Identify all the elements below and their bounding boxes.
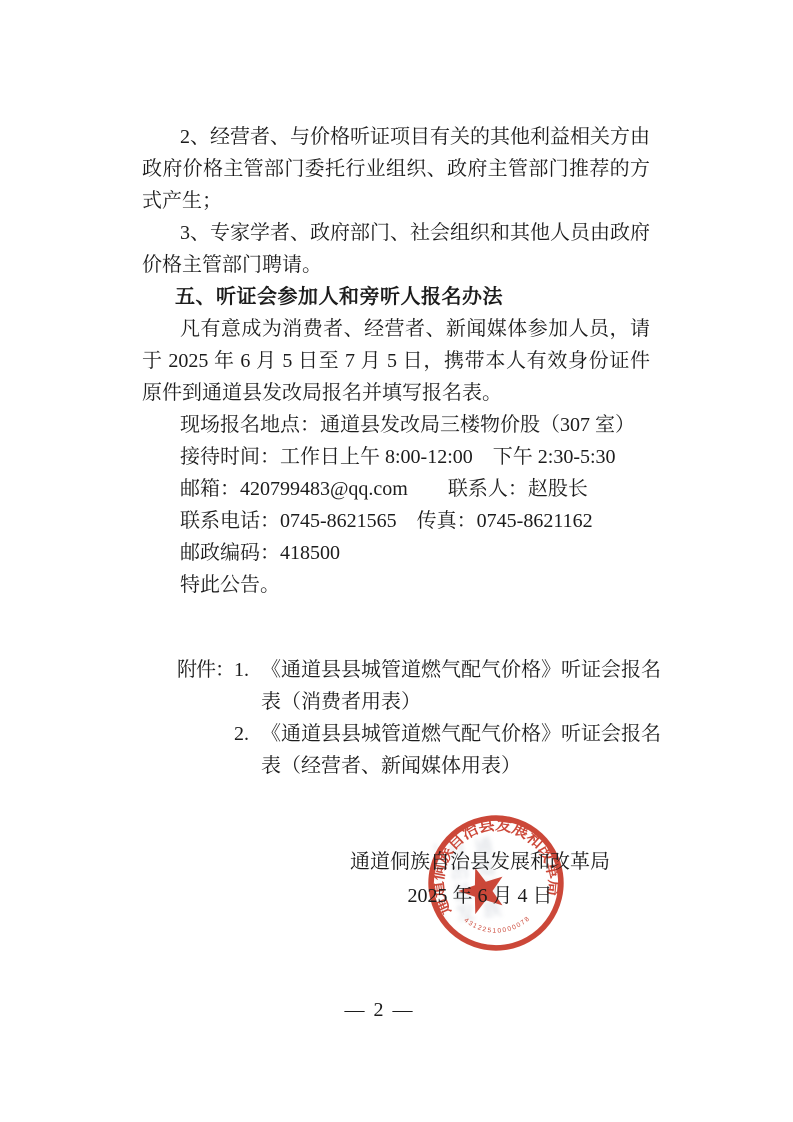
numbered-item-3: 3、专家学者、政府部门、社会组织和其他人员由政府价格主管部门聘请。 <box>142 217 650 281</box>
reception-hours-line: 接待时间：工作日上午 8:00-12:00 下午 2:30-5:30 <box>142 441 650 473</box>
postal-code-line: 邮政编码：418500 <box>142 537 650 569</box>
document-body: 2、经营者、与价格听证项目有关的其他利益相关方由政府价格主管部门委托行业组织、政… <box>142 121 650 601</box>
numbered-item-2: 2、经营者、与价格听证项目有关的其他利益相关方由政府价格主管部门委托行业组织、政… <box>142 121 650 217</box>
attachment-1-number: 1. <box>234 654 261 718</box>
registration-location-line: 现场报名地点：通道县发改局三楼物价股（307 室） <box>142 409 650 441</box>
attachment-1-title-line2: 表（消费者用表） <box>261 686 661 718</box>
issue-date: 2025 年 6 月 4 日 <box>300 879 660 913</box>
attachment-item-1: 1. 《通道县县城管道燃气配气价格》听证会报名 表（消费者用表） <box>234 654 661 718</box>
attachment-2-title-line2: 表（经营者、新闻媒体用表） <box>261 750 661 782</box>
phone-fax-line: 联系电话：0745-8621565 传真：0745-8621162 <box>142 505 650 537</box>
page-number: — 2 — <box>0 999 776 1022</box>
attachment-1-title-line1: 《通道县县城管道燃气配气价格》听证会报名 <box>261 654 661 686</box>
attachment-item-2: 2. 《通道县县城管道燃气配气价格》听证会报名 表（经营者、新闻媒体用表） <box>234 718 661 782</box>
issuing-agency: 通道侗族自治县发展和改革局 <box>300 845 660 879</box>
section-5-intro: 凡有意成为消费者、经营者、新闻媒体参加人员，请于 2025 年 6 月 5 日至… <box>142 313 650 409</box>
attachment-2-number: 2. <box>234 718 261 782</box>
signature-block: 通道侗族自治县发展和改革局 2025 年 6 月 4 日 <box>300 845 660 913</box>
closing-line: 特此公告。 <box>142 569 650 601</box>
email-contact-line: 邮箱：420799483@qq.com 联系人：赵股长 <box>142 473 650 505</box>
attachments-block: 附件： 1. 《通道县县城管道燃气配气价格》听证会报名 表（消费者用表） 2. … <box>177 654 661 782</box>
attachment-2-title-line1: 《通道县县城管道燃气配气价格》听证会报名 <box>261 718 661 750</box>
document-page: 2、经营者、与价格听证项目有关的其他利益相关方由政府价格主管部门委托行业组织、政… <box>0 0 793 1122</box>
attachments-label: 附件： <box>177 654 234 686</box>
section-5-heading: 五、听证会参加人和旁听人报名办法 <box>142 281 650 313</box>
